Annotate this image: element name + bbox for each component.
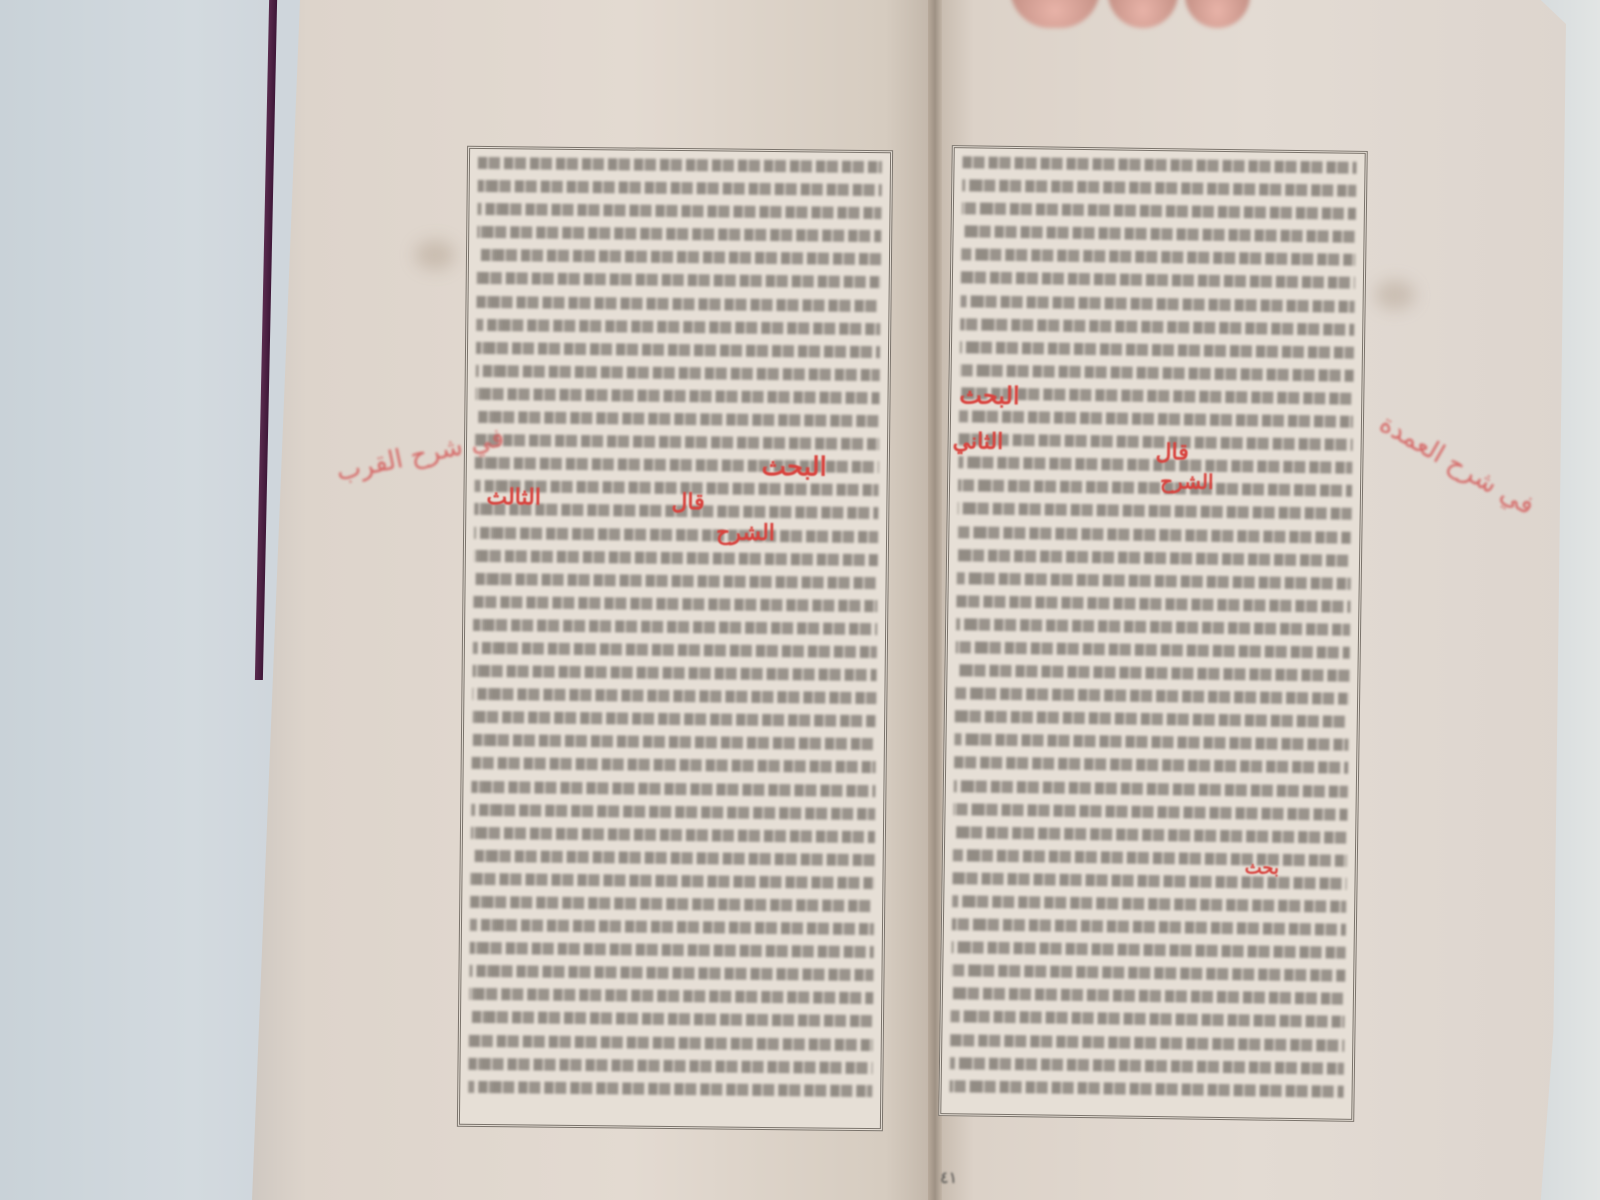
text-line: [952, 918, 1346, 935]
text-line: [469, 988, 873, 1004]
text-line: [954, 780, 1348, 797]
text-line: [959, 410, 1353, 427]
right-text-block: البحث الثاني قال الشرح بحث: [938, 145, 1368, 1122]
text-line: [477, 249, 881, 265]
text-line: [470, 919, 874, 935]
text-line: [952, 872, 1346, 889]
rubric: بحث: [1245, 857, 1280, 878]
text-line: [478, 180, 882, 196]
text-line: [477, 272, 881, 288]
text-line: [952, 941, 1346, 958]
text-line: [956, 595, 1350, 612]
rubric: الثاني: [952, 428, 1003, 455]
text-line: [951, 1011, 1345, 1029]
text-line: [954, 734, 1348, 751]
text-line: [958, 480, 1352, 497]
text-line: [474, 573, 878, 589]
text-line: [962, 179, 1356, 196]
text-line: [477, 203, 881, 219]
text-line: [960, 341, 1354, 358]
text-line: [956, 618, 1350, 635]
rubric: البحث: [959, 380, 1020, 410]
text-line: [957, 572, 1351, 589]
text-line: [951, 964, 1345, 981]
text-line: [955, 687, 1349, 704]
text-line: [962, 156, 1356, 173]
text-line: [473, 642, 877, 658]
text-line: [957, 549, 1351, 566]
text-line: [955, 710, 1349, 727]
text-line: [471, 780, 875, 796]
manuscript-lines: [949, 156, 1356, 1110]
rubric: البحث: [761, 452, 827, 483]
fingertips: [1000, 0, 1260, 30]
text-line: [951, 988, 1345, 1005]
text-line: [470, 942, 874, 958]
text-line: [950, 1057, 1344, 1075]
text-line: [473, 619, 877, 635]
paper-stain: [1375, 280, 1415, 310]
text-line: [960, 318, 1354, 335]
text-line: [476, 319, 880, 335]
text-line: [473, 665, 877, 681]
rubric: الثالث: [486, 484, 541, 511]
text-line: [953, 803, 1347, 820]
text-line: [471, 804, 875, 820]
text-line: [472, 734, 876, 750]
text-line: [950, 1080, 1344, 1097]
text-line: [476, 365, 880, 381]
rubric: قال: [671, 489, 704, 515]
text-line: [961, 272, 1355, 289]
text-line: [469, 965, 873, 981]
text-line: [961, 249, 1355, 266]
paper-stain: [415, 240, 455, 270]
text-line: [469, 1034, 873, 1050]
folio-mark: ٤١: [940, 1168, 957, 1187]
rubric: قال: [1155, 439, 1189, 465]
rubric: الشرح: [716, 519, 775, 546]
text-line: [477, 226, 881, 242]
text-line: [953, 826, 1347, 843]
text-line: [478, 157, 882, 173]
text-line: [476, 295, 880, 311]
text-line: [475, 388, 879, 404]
text-line: [472, 688, 876, 704]
text-line: [962, 202, 1356, 219]
text-line: [961, 295, 1355, 312]
left-text-block: البحث الثالث قال الشرح: [457, 146, 893, 1131]
rubric: الشرح: [1160, 469, 1214, 494]
text-line: [473, 596, 877, 612]
text-line: [956, 641, 1350, 658]
text-line: [468, 1081, 872, 1097]
manuscript-lines: [468, 157, 882, 1120]
text-line: [472, 757, 876, 773]
text-line: [470, 896, 874, 912]
text-line: [470, 873, 874, 889]
text-line: [472, 711, 876, 727]
text-line: [474, 526, 878, 542]
text-line: [962, 226, 1356, 243]
text-line: [475, 434, 879, 450]
text-line: [954, 757, 1348, 774]
text-line: [475, 411, 879, 427]
text-line: [471, 850, 875, 866]
text-line: [957, 526, 1351, 543]
text-line: [476, 342, 880, 358]
book-cover-edge: [255, 0, 277, 680]
text-line: [471, 827, 875, 843]
text-line: [953, 849, 1347, 866]
text-line: [468, 1058, 872, 1074]
text-line: [960, 364, 1354, 381]
text-line: [474, 549, 878, 565]
text-line: [952, 895, 1346, 912]
text-line: [469, 1011, 873, 1027]
text-line: [958, 503, 1352, 520]
text-line: [955, 664, 1349, 681]
text-line: [950, 1034, 1344, 1051]
